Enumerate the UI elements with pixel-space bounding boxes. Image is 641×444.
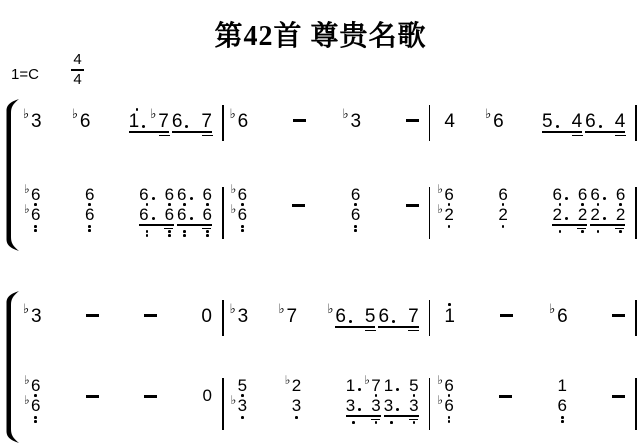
octave-dot: [448, 416, 451, 419]
augmentation-dot: [392, 320, 395, 323]
octave-dots-below: [597, 230, 600, 233]
note-digit-row: ♭6: [31, 207, 40, 222]
note-digit: 6: [578, 187, 587, 202]
octave-dots-below: [88, 225, 91, 232]
note-digit-row: 1: [384, 378, 399, 393]
note-digit-row: ♭3: [238, 398, 247, 413]
beam-line: [552, 224, 587, 226]
octave-dots-below: [448, 225, 451, 228]
octave-dots-below: [352, 421, 355, 424]
beamed-group: 1♭767: [129, 104, 212, 131]
note-digit-row: 2: [498, 207, 507, 222]
note: 1: [129, 104, 146, 131]
note-digit-row: ♭7: [287, 308, 298, 326]
song-title: 第42首 尊贵名歌: [0, 14, 641, 54]
note-digit-row: ♭3: [238, 308, 249, 326]
dash-note: [144, 314, 157, 317]
octave-dot: [295, 416, 298, 419]
note-digit-row: 6: [177, 187, 192, 202]
dash-note: [612, 314, 625, 317]
note-digit-row: 6: [590, 187, 605, 202]
beamed-pair: 54: [542, 104, 582, 131]
note-digit: 0: [201, 308, 212, 326]
sheet-music-page: 第42首 尊贵名歌 1=C 4 4 ♭3♭61♭767♭6♭34♭65464 ♭…: [0, 0, 641, 444]
note-digit-row: 2: [590, 207, 605, 222]
note: 4: [615, 104, 626, 131]
beam-line: [384, 415, 419, 417]
note: 6: [378, 299, 395, 326]
meter-denominator: 4: [73, 72, 81, 88]
octave-dot: [206, 230, 209, 233]
note-digit: 6: [165, 207, 174, 222]
barline: [635, 187, 637, 239]
note-digit-row: ♭6: [238, 187, 247, 202]
note-digit-row: ♭6: [238, 113, 249, 131]
note-digit: 5: [365, 308, 376, 326]
note-digit: 3: [409, 398, 418, 413]
augmentation-dot: [349, 320, 352, 323]
flat-sign: ♭: [342, 107, 348, 122]
dash-note: [406, 204, 419, 207]
sixteenth-beam: [159, 135, 170, 137]
flat-sign: ♭: [549, 302, 555, 317]
beam-line: [378, 326, 418, 328]
chord: ♭73: [371, 378, 380, 424]
note-digit-row: ♭3: [31, 113, 42, 131]
note-digit-row: 5: [409, 378, 418, 393]
octave-dots-below: [168, 230, 171, 237]
octave-dot: [241, 229, 244, 232]
note-digit: 6: [351, 187, 360, 202]
beamed-chord-pair: 6666: [177, 187, 212, 237]
beam-line: [129, 131, 169, 133]
flat-sign: ♭: [231, 393, 237, 407]
chord: 66: [177, 187, 192, 237]
chord: 66: [203, 187, 212, 237]
note-digit-row: 5: [542, 113, 559, 131]
note: ♭6: [238, 104, 249, 131]
note-digit: 6: [85, 187, 94, 202]
measure: ♭6♭66666666666: [17, 187, 222, 237]
octave-dot: [559, 230, 562, 233]
bass-line-2: ♭6♭605♭3♭2313♭731353♭6♭616: [17, 378, 637, 430]
beam-line: [177, 224, 212, 226]
note-digit-row: 6: [177, 207, 192, 222]
note-digit: 6: [335, 308, 346, 326]
octave-dot: [146, 230, 149, 233]
flat-sign: ♭: [231, 182, 237, 196]
note-digit-row: 6: [552, 187, 567, 202]
note-digit: 6: [558, 398, 567, 413]
note-digit: 1: [346, 378, 355, 393]
chord: ♭6♭6: [238, 187, 247, 232]
augmentation-dot: [556, 125, 559, 128]
note-digit: 3: [371, 398, 380, 413]
note-digit-row: 0: [201, 308, 212, 326]
note-digit: 7: [371, 378, 380, 393]
note: ♭7: [158, 104, 169, 131]
note-digit-row: ♭6: [444, 378, 453, 393]
note-digit-row: 6: [203, 187, 212, 202]
note-digit-row: ♭6: [557, 308, 568, 326]
flat-sign: ♭: [24, 202, 30, 216]
augmentation-dot: [190, 217, 193, 220]
note-digit: 3: [238, 398, 247, 413]
octave-dot: [619, 230, 622, 233]
note-digit-row: 6: [558, 398, 567, 413]
note: 4: [572, 104, 583, 131]
octave-dot: [241, 416, 244, 419]
note-digit-row: ♭6: [335, 308, 352, 326]
augmentation-dot: [358, 388, 361, 391]
note-digit: 6: [139, 187, 148, 202]
note-digit: 6: [444, 378, 453, 393]
bass-line-1: ♭6♭66666666666♭6♭666♭6♭26262626262: [17, 187, 637, 239]
beam-line: [139, 224, 174, 226]
measure: ♭3♭61♭767: [17, 104, 222, 131]
note-digit-row: 1: [346, 378, 361, 393]
chord: ♭6♭6: [444, 378, 453, 423]
flat-sign: ♭: [279, 302, 285, 317]
flat-sign: ♭: [437, 202, 443, 216]
measure: ♭6♭616: [430, 378, 635, 423]
note: 5: [542, 104, 559, 131]
measure: ♭6♭26262626262: [430, 187, 635, 233]
chord: 62: [552, 187, 567, 233]
note-digit-row: 3: [409, 398, 418, 413]
beam-line: [585, 131, 625, 133]
augmentation-dot: [565, 217, 568, 220]
measure: ♭6♭60: [17, 378, 222, 423]
note-digit: 3: [350, 113, 361, 131]
beam-line: [542, 131, 582, 133]
dash-note: [406, 119, 419, 122]
chord: 66: [165, 187, 174, 237]
flat-sign: ♭: [231, 202, 237, 216]
note-digit-row: 3: [384, 398, 399, 413]
note-digit: 5: [542, 113, 553, 131]
chord: 62: [616, 187, 625, 233]
octave-dots-below: [413, 421, 416, 424]
sixteenth-beam: [409, 419, 418, 421]
key-signature: 1=C: [11, 66, 39, 83]
note-digit-row: 5: [365, 308, 376, 326]
beam-line: [172, 131, 212, 133]
sixteenth-beam: [164, 228, 173, 230]
note-digit: 6: [493, 113, 504, 131]
note-digit: 6: [31, 187, 40, 202]
beamed-chord-pair: 1353: [384, 378, 419, 424]
beamed-pair: ♭65: [335, 299, 375, 326]
octave-dot: [88, 229, 91, 232]
beam-line: [346, 415, 381, 417]
note: ♭6: [493, 104, 504, 131]
measure: ♭30: [17, 299, 222, 326]
note-digit-row: ♭6: [31, 187, 40, 202]
octave-dot: [502, 225, 505, 228]
octave-dots-below: [241, 416, 244, 419]
note-digit: 6: [444, 187, 453, 202]
octave-dots-below: [581, 230, 584, 233]
note-digit: 1: [558, 378, 567, 393]
sixteenth-beam: [202, 228, 211, 230]
octave-dots-below: [390, 421, 393, 424]
octave-dots-below: [502, 225, 505, 228]
octave-dot: [448, 420, 451, 423]
note-digit-row: 6: [378, 308, 395, 326]
note-digit-row: 6: [85, 207, 94, 222]
note-digit: 3: [31, 113, 42, 131]
beamed-pair: 1♭7: [129, 104, 169, 131]
note-digit-row: 3: [371, 398, 380, 413]
octave-dot: [354, 229, 357, 232]
note-digit: 1: [384, 378, 393, 393]
octave-dot: [34, 229, 37, 232]
note-digit-row: ♭6: [493, 113, 504, 131]
chord: 66: [85, 187, 94, 232]
dash-note: [500, 314, 513, 317]
note: 6: [585, 104, 602, 131]
note-digit: 6: [203, 207, 212, 222]
note-digit: 3: [292, 398, 301, 413]
chord: ♭6♭2: [444, 187, 453, 228]
octave-dot: [183, 234, 186, 237]
octave-dot: [448, 225, 451, 228]
beam-line: [335, 326, 375, 328]
octave-dot: [354, 225, 357, 228]
rest-note: 0: [203, 388, 212, 406]
flat-sign: ♭: [23, 107, 29, 122]
chord: 16: [558, 378, 567, 423]
note-digit: 6: [85, 207, 94, 222]
flat-sign: ♭: [24, 182, 30, 196]
barline: [635, 300, 637, 336]
measure: ♭3♭7♭6567: [224, 299, 429, 326]
chord: 62: [578, 187, 587, 233]
note-digit: 6: [444, 398, 453, 413]
note-digit: 6: [552, 187, 561, 202]
note-digit: 5: [409, 378, 418, 393]
note-digit: 6: [585, 113, 596, 131]
time-signature: 4 4: [71, 52, 84, 88]
note-digit: 5: [238, 378, 247, 393]
note: ♭6: [80, 104, 91, 131]
note-digit: 6: [177, 207, 186, 222]
chord: 66: [139, 187, 154, 237]
note: 7: [201, 104, 212, 131]
augmentation-dot: [190, 197, 193, 200]
augmentation-dot: [185, 125, 188, 128]
measure: 5♭3♭2313♭731353: [224, 378, 429, 424]
note-digit: 6: [80, 113, 91, 131]
note-digit: 4: [615, 113, 626, 131]
octave-dot: [561, 416, 564, 419]
note-digit: 3: [238, 308, 249, 326]
note-digit-row: 6: [139, 207, 154, 222]
note-digit: 6: [139, 207, 148, 222]
chord: ♭23: [292, 378, 301, 419]
note: 5: [365, 299, 376, 326]
octave-dot: [88, 225, 91, 228]
octave-dots-below: [559, 230, 562, 233]
beamed-group: ♭6567: [335, 299, 418, 326]
note-digit-row: 6: [165, 187, 174, 202]
flat-sign: ♭: [437, 182, 443, 196]
sixteenth-beam: [202, 135, 213, 137]
note-digit-row: 2: [616, 207, 625, 222]
note-digit-row: 1: [129, 113, 146, 131]
octave-dots-below: [34, 225, 37, 232]
note: 7: [408, 299, 419, 326]
beamed-chord-pair: 13♭73: [346, 378, 381, 424]
octave-dots-below: [448, 416, 451, 423]
note-digit: 6: [590, 187, 599, 202]
beamed-pair: 64: [585, 104, 625, 131]
measure: 1♭6: [430, 299, 635, 326]
note-digit: 6: [31, 398, 40, 413]
augmentation-dot: [396, 388, 399, 391]
note-digit: 7: [158, 113, 169, 131]
flat-sign: ♭: [485, 107, 491, 122]
flat-sign: ♭: [327, 302, 333, 317]
note-digit: 6: [238, 187, 247, 202]
flat-sign: ♭: [150, 107, 156, 122]
dash-note: [144, 395, 157, 398]
note-digit-row: 4: [615, 113, 626, 131]
dash-note: [499, 395, 512, 398]
note-digit: 6: [498, 187, 507, 202]
chord: 13: [346, 378, 361, 424]
dash-note: [612, 395, 625, 398]
note-digit: 4: [444, 113, 455, 131]
octave-dot: [241, 225, 244, 228]
note-digit: 6: [31, 207, 40, 222]
dash-note: [293, 119, 306, 122]
rest-note: 0: [201, 299, 212, 326]
note-digit: 3: [346, 398, 355, 413]
flat-sign: ♭: [230, 107, 236, 122]
octave-dot: [146, 234, 149, 237]
octave-dots-below: [206, 230, 209, 237]
note-digit-row: 7: [201, 113, 212, 131]
beamed-group: 62626262: [552, 187, 625, 233]
octave-dot: [34, 225, 37, 228]
augmentation-dot: [599, 125, 602, 128]
augmentation-dot: [603, 217, 606, 220]
measure: ♭6♭3: [224, 104, 429, 131]
note: ♭3: [350, 104, 361, 131]
note-digit-row: 6: [172, 113, 189, 131]
octave-dots-below: [146, 230, 149, 237]
beamed-chord-pair: 6262: [590, 187, 625, 233]
octave-dot: [352, 421, 355, 424]
chord: 62: [590, 187, 605, 233]
sixteenth-beam: [572, 135, 583, 137]
note-digit-row: 6: [165, 207, 174, 222]
flat-sign: ♭: [72, 107, 78, 122]
flat-sign: ♭: [230, 302, 236, 317]
note-digit-row: 1: [558, 378, 567, 393]
note-digit-row: 4: [444, 113, 455, 131]
note-digit: 2: [292, 378, 301, 393]
note-digit: 6: [351, 207, 360, 222]
augmentation-dot: [152, 217, 155, 220]
chord: 62: [498, 187, 507, 228]
flat-sign: ♭: [23, 302, 29, 317]
note-digit-row: 4: [572, 113, 583, 131]
note-digit-row: 6: [351, 187, 360, 202]
octave-dot: [206, 234, 209, 237]
note-digit: 1: [444, 308, 455, 326]
note-digit-row: ♭3: [350, 113, 361, 131]
octave-dot: [390, 421, 393, 424]
augmentation-dot: [358, 408, 361, 411]
augmentation-dot: [142, 125, 145, 128]
note-digit: 6: [557, 308, 568, 326]
octave-dots-below: [561, 416, 564, 423]
beamed-group: 5464: [542, 104, 625, 131]
dash-note: [86, 314, 99, 317]
melody-line-2: ♭30♭3♭7♭65671♭6: [17, 299, 637, 336]
note-digit-row: ♭6: [31, 378, 40, 393]
octave-dot: [34, 416, 37, 419]
note-digit-row: 5: [238, 378, 247, 393]
note: ♭6: [335, 299, 352, 326]
note-digit-row: ♭7: [371, 378, 380, 393]
note: ♭3: [238, 299, 249, 326]
note: ♭6: [557, 299, 568, 326]
flat-sign: ♭: [437, 393, 443, 407]
note-digit-row: 3: [292, 398, 301, 413]
note-digit: 0: [203, 386, 212, 405]
note-digit-row: 6: [585, 113, 602, 131]
note-digit-row: ♭6: [31, 398, 40, 413]
octave-dot: [581, 230, 584, 233]
sixteenth-beam: [615, 135, 626, 137]
note-digit-row: 7: [408, 308, 419, 326]
octave-dot: [34, 420, 37, 423]
note-digit: 6: [238, 113, 249, 131]
note-digit: 6: [238, 207, 247, 222]
octave-dot: [413, 421, 416, 424]
note-digit: 1: [129, 113, 140, 131]
sixteenth-beam: [408, 330, 419, 332]
dash-note: [86, 395, 99, 398]
note-digit: 6: [165, 187, 174, 202]
barline: [635, 378, 637, 430]
sixteenth-beam: [615, 228, 624, 230]
beamed-chord-pair: 6262: [552, 187, 587, 233]
note-digit-row: ♭6: [80, 113, 91, 131]
flat-sign: ♭: [285, 373, 291, 387]
octave-dot: [168, 230, 171, 233]
note-digit: 7: [287, 308, 298, 326]
note-digit-row: ♭2: [444, 207, 453, 222]
note-digit-row: ♭6: [444, 187, 453, 202]
note: ♭7: [287, 299, 298, 326]
octave-dot: [168, 234, 171, 237]
barline: [635, 105, 637, 141]
note-digit: 2: [498, 207, 507, 222]
flat-sign: ♭: [24, 393, 30, 407]
note-digit: 2: [616, 207, 625, 222]
note-digit-row: ♭6: [238, 207, 247, 222]
sixteenth-beam: [371, 419, 380, 421]
octave-dot: [375, 421, 378, 424]
note-digit-row: ♭6: [444, 398, 453, 413]
note-digit: 3: [384, 398, 393, 413]
flat-sign: ♭: [364, 373, 370, 387]
